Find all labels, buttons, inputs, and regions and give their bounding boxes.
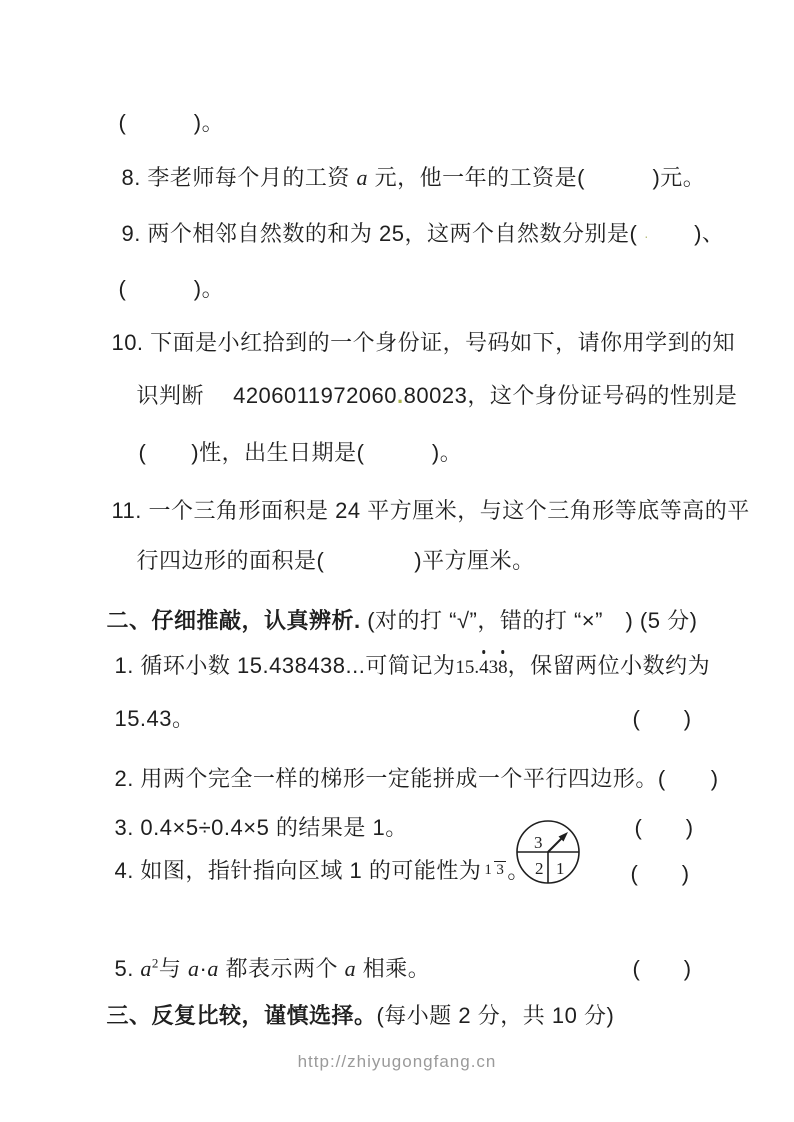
answer-blank: ( )。	[118, 110, 224, 135]
repeating-decimal-notation: 15.438	[455, 657, 507, 678]
dotted-digit: 4	[479, 653, 489, 683]
fraction-one-third: 13	[482, 862, 506, 879]
answer-blank: ( )性，出生日期是( )。	[138, 440, 462, 465]
dotted-digit: 8	[498, 653, 508, 683]
spinner-label-3: 3	[534, 833, 543, 852]
spinner-figure: 3 2 1	[514, 818, 582, 886]
footer-url: http://zhiyugongfang.cn	[0, 1052, 794, 1072]
footer-url-text: http://zhiyugongfang.cn	[298, 1052, 497, 1071]
question-10-lead: 识判断	[136, 383, 233, 408]
fraction-numerator: 1	[482, 862, 494, 878]
question-10-tail: ，这个身份证号码的性别是	[467, 383, 737, 408]
section3-heading: 三、反复比较，谨慎选择。(每小题 2 分，共 10 分)	[80, 971, 614, 1061]
notation-integer: 15.	[455, 657, 479, 678]
fraction-denominator: 3	[494, 861, 506, 878]
tf-question-4: 4. 如图，指针指向区域 1 的可能性为13。	[88, 826, 530, 916]
answer-bracket: ( )	[630, 861, 689, 886]
question-8-text: 8. 李老师每个月的工资	[121, 165, 356, 190]
question-9-text: 9. 两个相邻自然数的和为 25，这两个自然数分别是(	[121, 221, 643, 246]
tf-question-1-value: 15.43。	[114, 706, 194, 731]
spinner-label-2: 2	[535, 859, 544, 878]
tf-question-4-text: 4. 如图，指针指向区域 1 的可能性为	[114, 858, 481, 883]
variable-a: a	[357, 165, 369, 190]
question-11-tail: 行四边形的面积是( )平方厘米。	[136, 548, 534, 573]
section3-title: 三、反复比较，谨慎选择。	[106, 1003, 376, 1028]
id-number-stray-dot: .	[397, 383, 404, 408]
tf-answer-bracket-4: ( )	[606, 829, 689, 919]
spinner-label-1: 1	[556, 859, 565, 878]
section3-instructions: (每小题 2 分，共 10 分)	[376, 1003, 614, 1028]
worksheet-page: ( )。 8. 李老师每个月的工资 a 元，他一年的工资是( )元。 9. 两个…	[0, 0, 794, 1122]
question-8-tail: 元，他一年的工资是( )元。	[368, 165, 705, 190]
question-9-tail: )、	[649, 221, 724, 246]
plain-digit: 3	[489, 657, 499, 678]
exponent-2: 2	[152, 956, 159, 971]
answer-bracket: ( )	[632, 706, 691, 731]
answer-bracket: ( )	[632, 956, 691, 981]
tf-answer-bracket-5: ( )	[608, 924, 691, 1014]
id-number-part1: 4206011972060	[233, 383, 397, 408]
id-number-part2: 80023	[404, 383, 468, 408]
